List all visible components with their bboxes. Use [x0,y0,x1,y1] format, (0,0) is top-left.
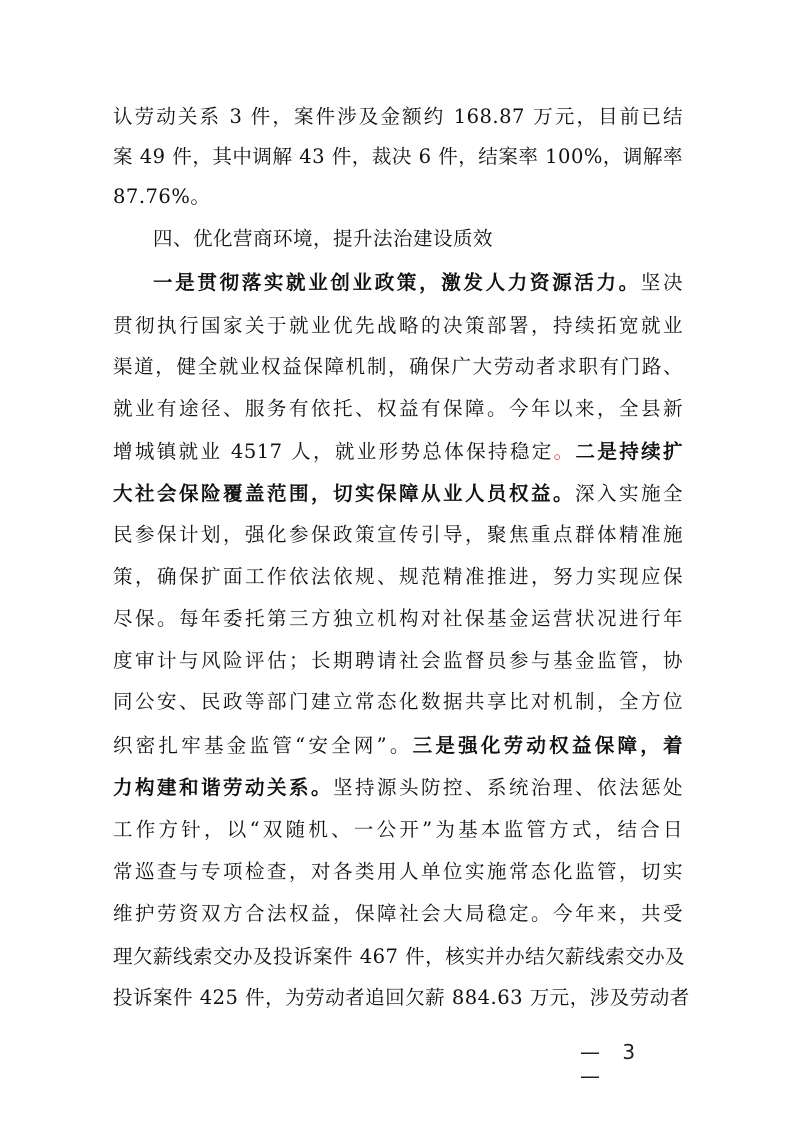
text-line: 同公安、民政等部门建立常态化数据共享比对机制，全方位 [113,687,683,717]
text-segment: 理欠薪线索交办及投诉案件 467 件，核实并办结欠薪线索交办及 [113,945,685,968]
bold-lead-phrase: 大社会保险覆盖范围，切实保障从业人员权益。 [113,482,575,505]
page-number: — 3 — [580,1040,680,1088]
text-line: 87.76%。 [113,182,683,212]
text-line: 理欠薪线索交办及投诉案件 467 件，核实并办结欠薪线索交办及 [113,942,683,972]
text-line: 就业有途径、服务有依托、权益有保障。今年以来，全县新 [113,394,683,424]
text-segment: 深入实施全 [575,482,683,505]
text-segment: 增城镇就业 4517 人，就业形势总体保持稳定 [113,440,554,463]
text-segment: 度审计与风险评估；长期聘请社会监督员参与基金监管，协 [113,649,683,672]
text-segment: 坚持源头防控、系统治理、依法惩处 [333,776,683,799]
text-line: 大社会保险覆盖范围，切实保障从业人员权益。深入实施全 [113,479,683,509]
text-line: 常巡查与专项检查，对各类用人单位实施常态化监管，切实 [113,857,683,887]
text-segment: 坚决 [641,271,683,294]
text-segment: 策，确保扩面工作依法依规、规范精准推进，努力实现应保 [113,565,683,588]
document-page: 认劳动关系 3 件，案件涉及金额约 168.87 万元，目前已结案 49 件，其… [0,0,793,1122]
text-line: 一是贯彻落实就业创业政策，激发人力资源活力。坚决 [153,268,683,298]
bold-lead-phrase: 三是强化劳动权益保障，着 [413,734,683,757]
text-line: 增城镇就业 4517 人，就业形势总体保持稳定。二是持续扩 [113,437,683,467]
text-segment: 贯彻执行国家关于就业优先战略的决策部署，持续拓宽就业 [113,314,683,337]
highlighted-punctuation: 。 [554,440,576,463]
text-line: 维护劳资双方合法权益，保障社会大局稳定。今年来，共受 [113,899,683,929]
text-segment: 民参保计划，强化参保政策宣传引导，聚焦重点群体精准施 [113,523,683,546]
text-segment: 就业有途径、服务有依托、权益有保障。今年以来，全县新 [113,397,683,420]
text-line: 案 49 件，其中调解 43 件，裁决 6 件，结案率 100%，调解率 [113,142,683,172]
text-line: 策，确保扩面工作依法依规、规范精准推进，努力实现应保 [113,562,683,592]
bold-lead-phrase: 二是持续扩 [575,440,683,463]
text-line: 织密扎牢基金监管“安全网”。三是强化劳动权益保障，着 [113,731,683,761]
text-segment: 四、优化营商环境，提升法治建设质效 [153,227,493,250]
text-line: 民参保计划，强化参保政策宣传引导，聚焦重点群体精准施 [113,520,683,550]
section-heading: 四、优化营商环境，提升法治建设质效 [153,224,683,254]
text-line: 渠道，健全就业权益保障机制，确保广大劳动者求职有门路、 [113,352,683,382]
bold-lead-phrase: 一是贯彻落实就业创业政策，激发人力资源活力。 [153,271,641,294]
text-segment: 87.76%。 [113,185,210,208]
text-segment: 织密扎牢基金监管“安全网”。 [113,734,413,757]
text-segment: 维护劳资双方合法权益，保障社会大局稳定。今年来，共受 [113,902,683,925]
text-segment: 工作方针，以“双随机、一公开”为基本监管方式，结合日 [113,818,683,841]
text-segment: 常巡查与专项检查，对各类用人单位实施常态化监管，切实 [113,860,683,883]
text-segment: 投诉案件 425 件，为劳动者追回欠薪 884.63 万元，涉及劳动者 [113,986,690,1009]
text-segment: 同公安、民政等部门建立常态化数据共享比对机制，全方位 [113,690,683,713]
text-line: 力构建和谐劳动关系。坚持源头防控、系统治理、依法惩处 [113,773,683,803]
text-line: 度审计与风险评估；长期聘请社会监督员参与基金监管，协 [113,646,683,676]
text-segment: 尽保。每年委托第三方独立机构对社保基金运营状况进行年 [113,607,683,630]
text-segment: 认劳动关系 3 件，案件涉及金额约 168.87 万元，目前已结 [113,105,683,128]
text-line: 尽保。每年委托第三方独立机构对社保基金运营状况进行年 [113,604,683,634]
text-line: 投诉案件 425 件，为劳动者追回欠薪 884.63 万元，涉及劳动者 [113,983,683,1013]
text-line: 工作方针，以“双随机、一公开”为基本监管方式，结合日 [113,815,683,845]
text-line: 贯彻执行国家关于就业优先战略的决策部署，持续拓宽就业 [113,311,683,341]
text-segment: 渠道，健全就业权益保障机制，确保广大劳动者求职有门路、 [113,355,683,378]
text-line: 认劳动关系 3 件，案件涉及金额约 168.87 万元，目前已结 [113,102,683,132]
bold-lead-phrase: 力构建和谐劳动关系。 [113,776,333,799]
text-segment: 案 49 件，其中调解 43 件，裁决 6 件，结案率 100%，调解率 [113,145,683,168]
